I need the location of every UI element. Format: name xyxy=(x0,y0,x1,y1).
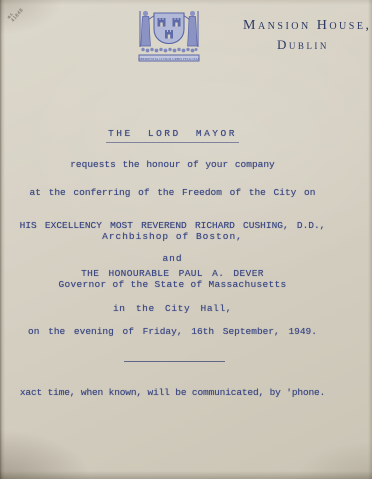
separator-rule xyxy=(124,361,225,362)
letterhead-mansion-house: Mansion House, xyxy=(243,19,363,33)
honouree1-name: HIS EXCELLENCY MOST REVEREND RICHARD CUS… xyxy=(0,220,345,231)
honouree1-title: Archbishop of Boston, xyxy=(0,231,345,242)
crest-motto: OBEDIENTIA CIVIUM URBIS FELICITAS xyxy=(138,57,200,61)
request-line: requests the honour of your company xyxy=(0,159,345,170)
footnote-line: xact time, when known, will be communica… xyxy=(0,387,345,398)
occasion-line: at the conferring of the Freedom of the … xyxy=(0,187,345,198)
dublin-coat-of-arms-icon: OBEDIENTIA CIVIUM URBIS FELICITAS xyxy=(137,6,201,64)
host-line: THE LORD MAYOR xyxy=(0,128,345,143)
letterhead-address: Mansion House, Dublin xyxy=(243,19,363,52)
date-line: on the evening of Friday, 16th September… xyxy=(0,326,345,337)
conjunction: and xyxy=(0,253,345,264)
honouree2-title: Governor of the State of Massachusetts xyxy=(0,279,345,290)
venue-line: in the City Hall, xyxy=(0,303,345,314)
honouree2-name: THE HONOURABLE PAUL A. DEVER xyxy=(0,268,345,279)
host-name: THE LORD MAYOR xyxy=(106,128,239,143)
scanned-invitation-document: ms 41848 xyxy=(0,0,372,479)
pencil-shelfmark: ms 41848 xyxy=(7,5,25,24)
letterhead-dublin: Dublin xyxy=(243,38,363,52)
